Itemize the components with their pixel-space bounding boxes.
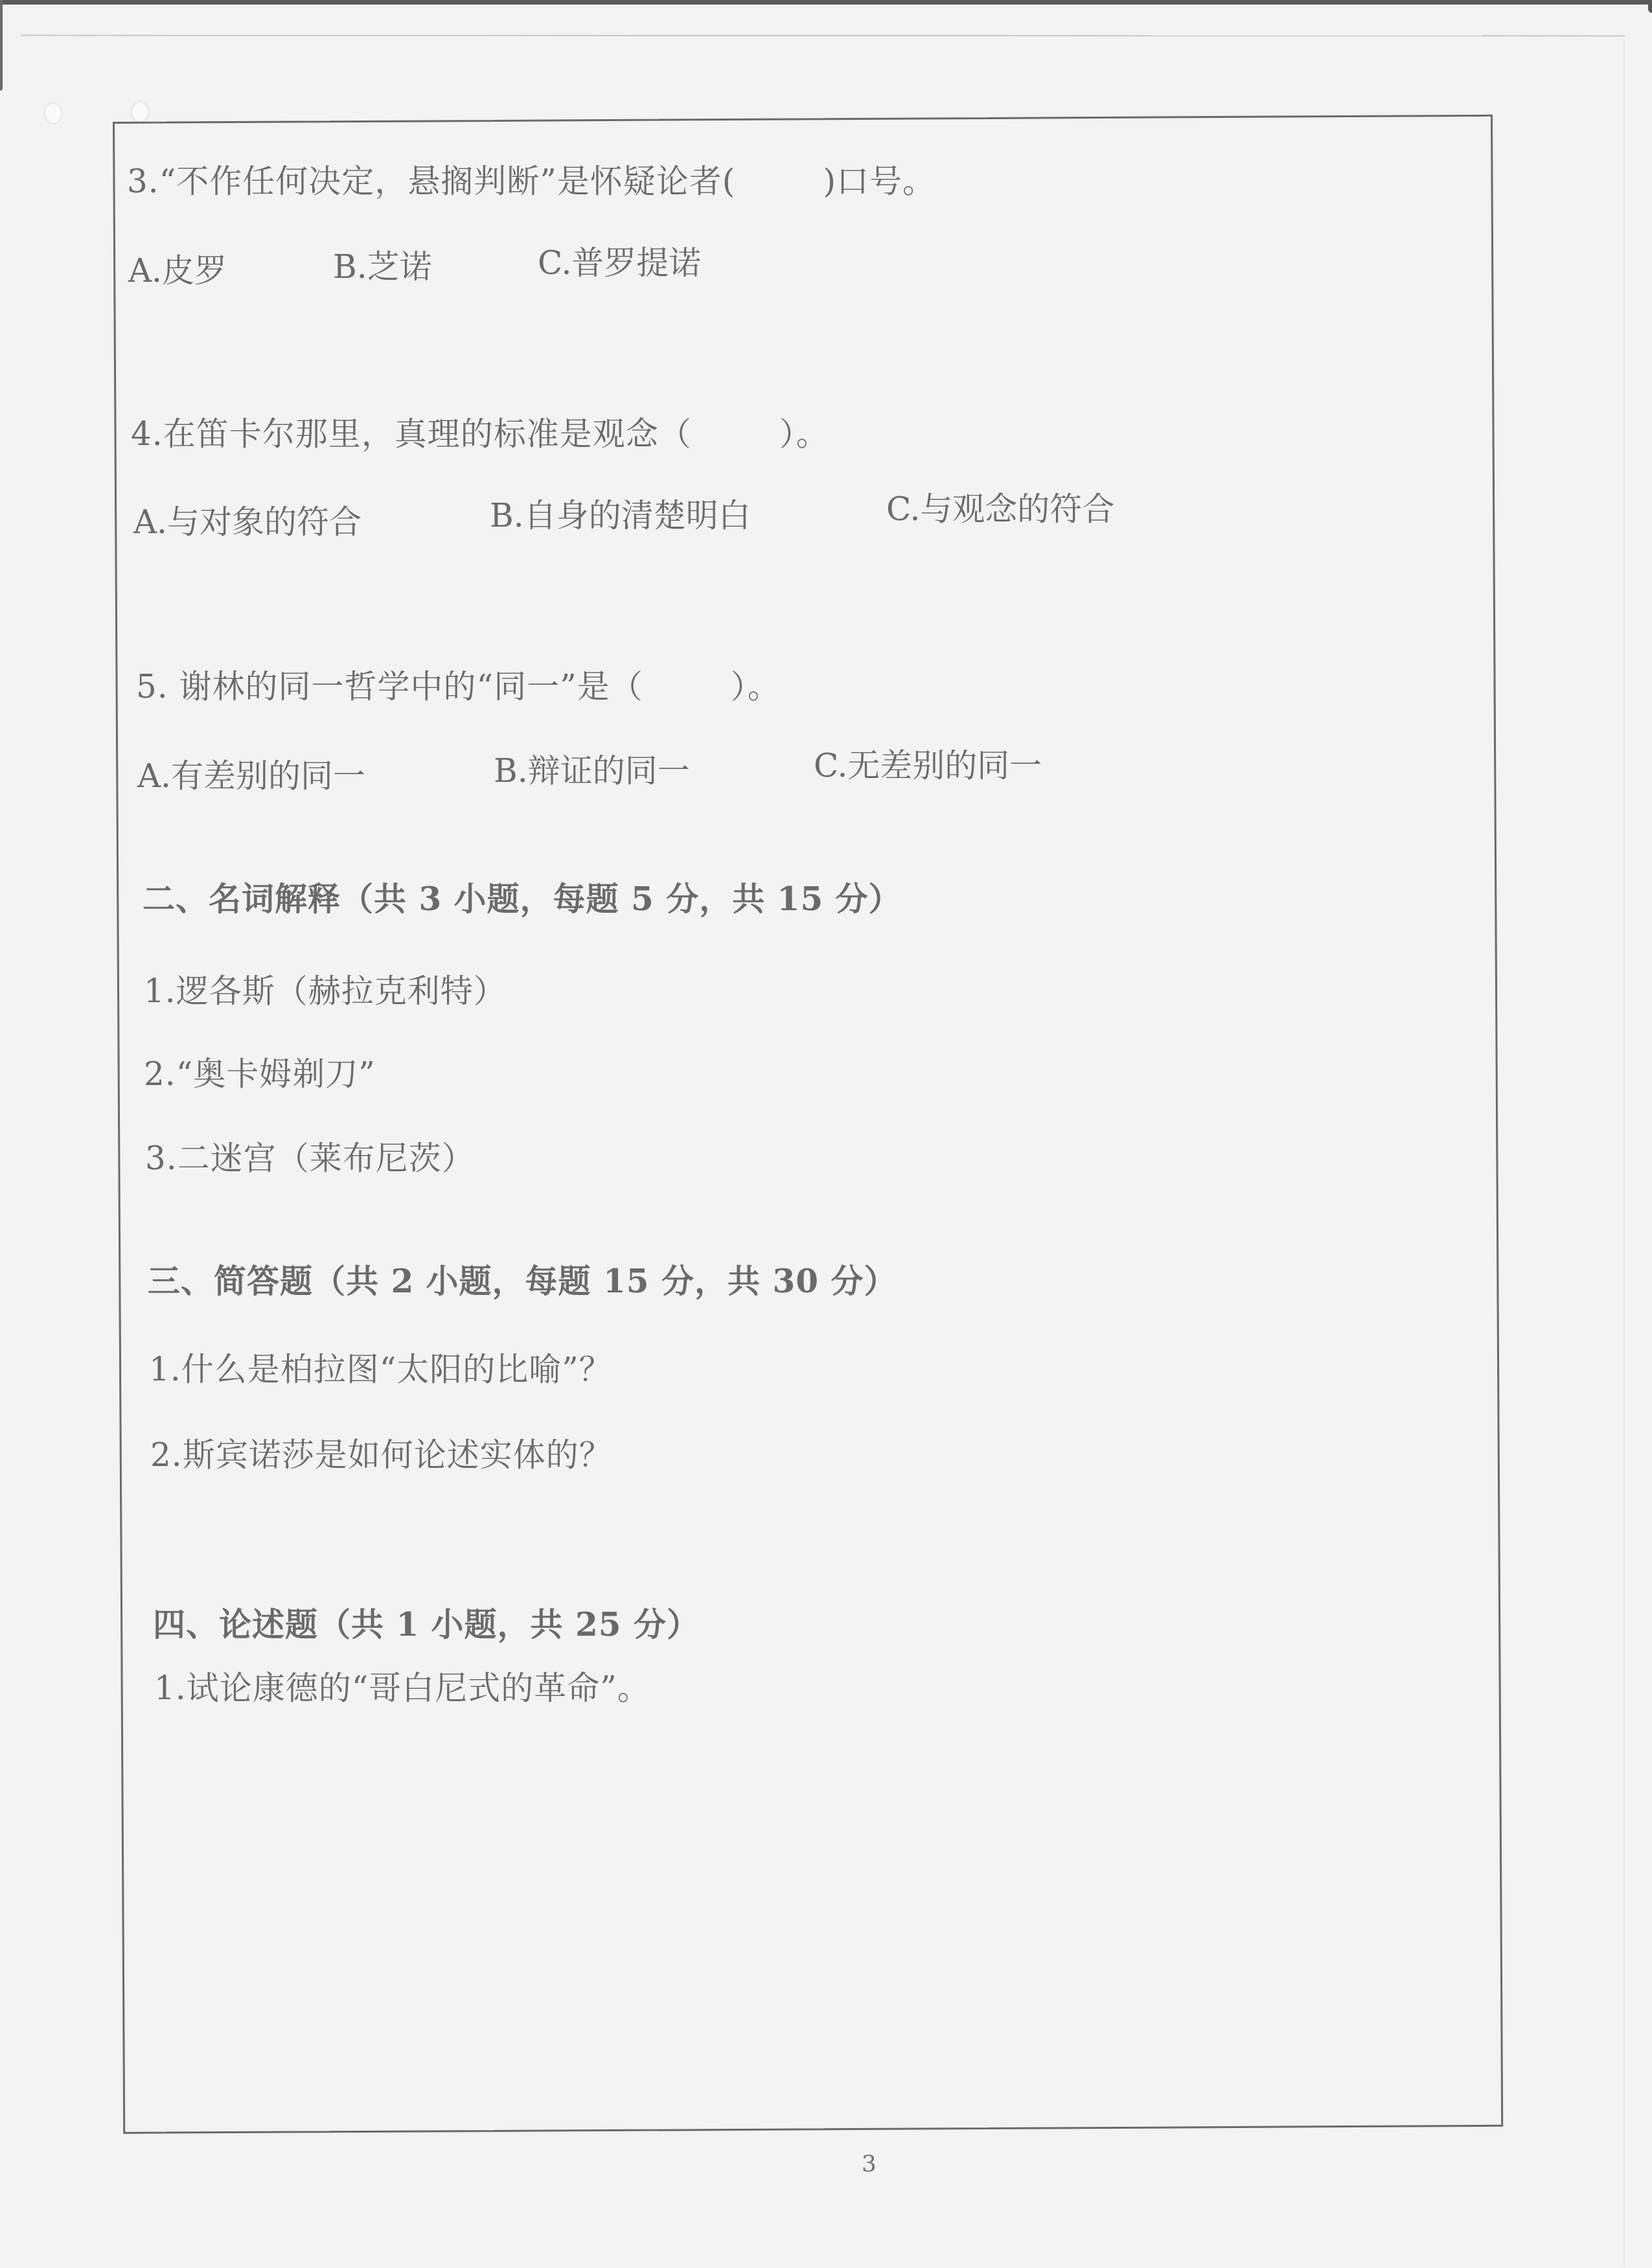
scan-left-edge xyxy=(0,0,3,91)
section-3-heading: 三、简答题（共 2 小题，每题 15 分，共 30 分） xyxy=(148,1262,897,1301)
question-5-option-b: B.辩证的同一 xyxy=(494,751,690,790)
essay-item-1: 1.试论康德的“哥白尼式的革命”。 xyxy=(154,1669,650,1708)
term-item-1: 1.逻各斯（赫拉克利特） xyxy=(144,972,507,1011)
binding-hole-mark xyxy=(132,102,148,122)
question-3-option-b: B.芝诺 xyxy=(333,247,432,286)
question-5-option-c: C.无差别的同一 xyxy=(814,746,1042,785)
scan-right-edge xyxy=(1648,0,1652,13)
term-item-3: 3.二迷宫（莱布尼茨） xyxy=(145,1139,475,1178)
margin-rule xyxy=(1623,39,1625,2267)
question-4-option-a: A.与对象的符合 xyxy=(133,503,361,542)
question-5-option-a: A.有差别的同一 xyxy=(137,757,365,796)
question-5-stem: 5. 谢林的同一哲学中的“同一”是（ ）。 xyxy=(136,667,781,706)
binding-hole-mark xyxy=(45,104,61,123)
short-answer-item-2: 2.斯宾诺莎是如何论述实体的？ xyxy=(150,1436,612,1474)
question-4-stem: 4.在笛卡尔那里，真理的标准是观念（ ）。 xyxy=(131,415,829,453)
question-4-option-c: C.与观念的符合 xyxy=(886,490,1114,529)
term-item-2: 2.“奥卡姆剃刀” xyxy=(144,1055,376,1094)
question-4-option-b: B.自身的清楚明白 xyxy=(490,496,751,535)
section-4-heading: 四、论述题（共 1 小题，共 25 分） xyxy=(153,1605,700,1644)
scan-top-edge xyxy=(0,0,1652,5)
question-3-option-a: A.皮罗 xyxy=(128,251,227,290)
short-answer-item-1: 1.什么是柏拉图“太阳的比喻”？ xyxy=(149,1350,612,1389)
question-3-option-c: C.普罗提诺 xyxy=(538,244,701,282)
header-rule xyxy=(21,35,1625,37)
page-number: 3 xyxy=(862,2151,877,2177)
question-3-stem: 3.“不作任何决定，悬搁判断”是怀疑论者( )口号。 xyxy=(127,162,935,201)
section-2-heading: 二、名词解释（共 3 小题，每题 5 分，共 15 分） xyxy=(143,880,902,919)
